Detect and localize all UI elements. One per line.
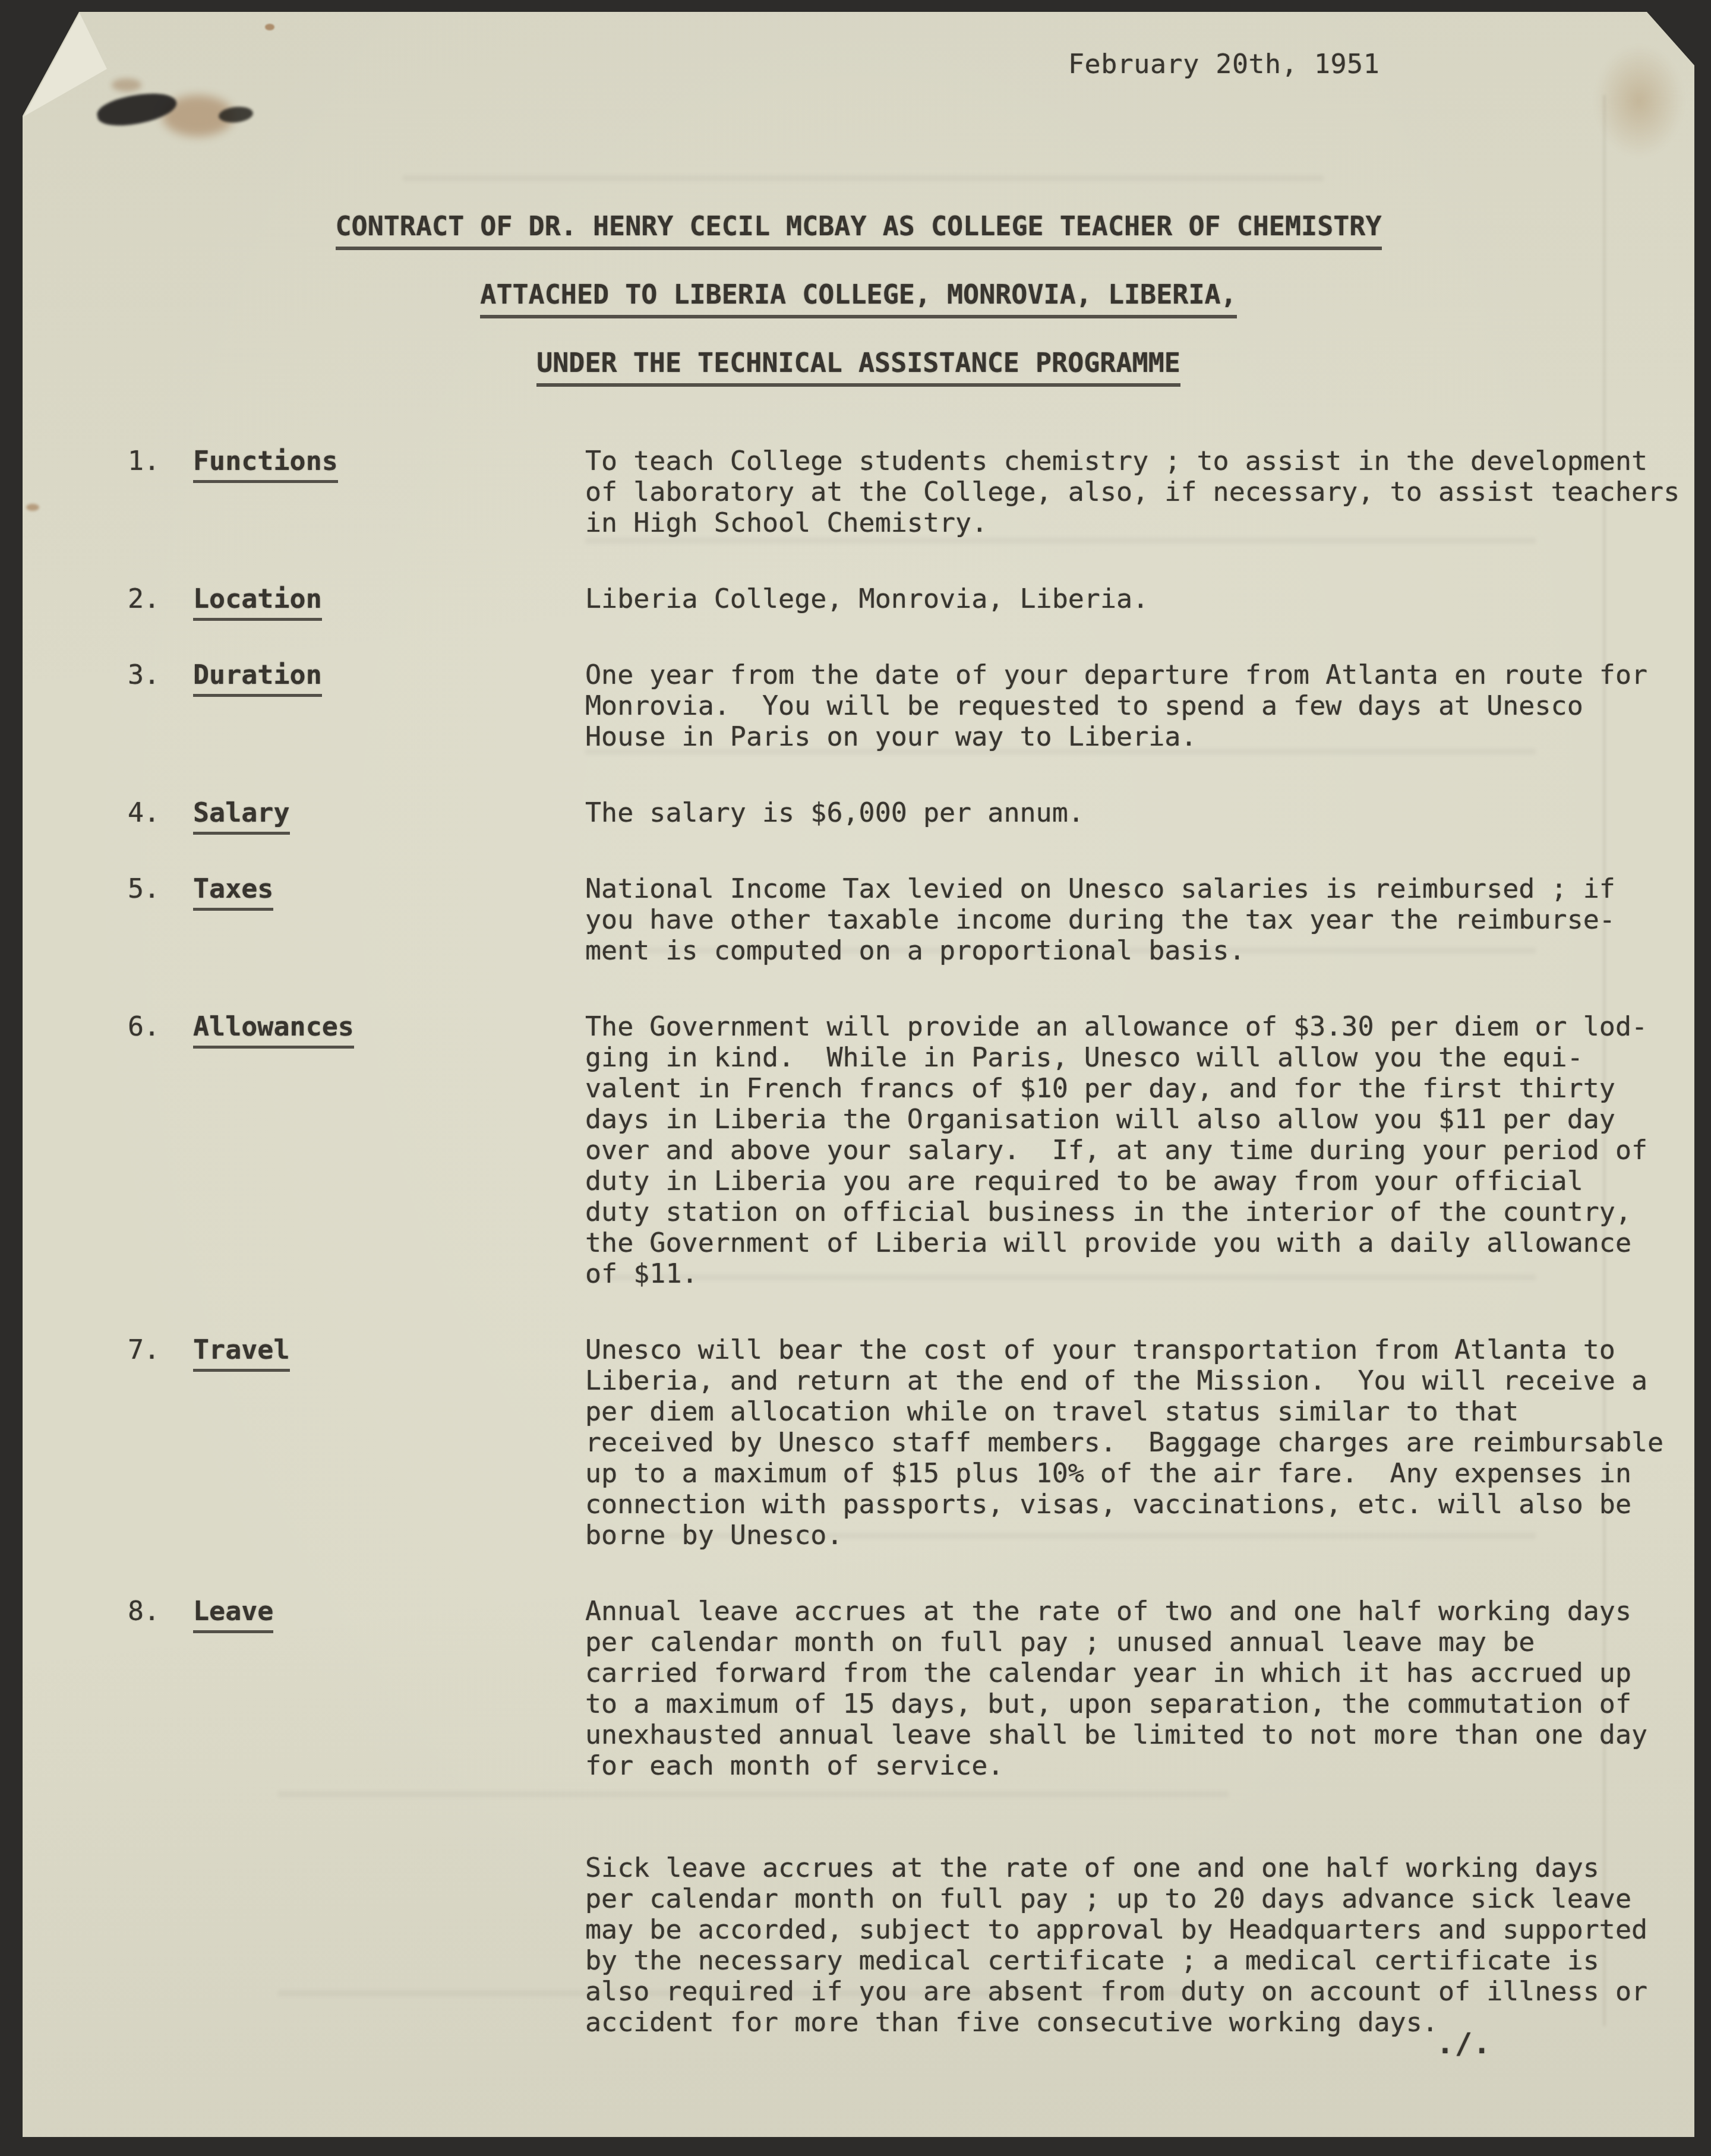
contract-item: 1. Functions To teach College students c… [23,446,1694,538]
item-label: Salary [193,797,585,828]
item-label: Allowances [193,1011,585,1289]
item-number: 7. [128,1334,193,1551]
item-paragraph: Liberia College, Monrovia, Liberia. [585,583,1688,614]
item-number: 3. [128,659,193,752]
item-label-text: Leave [193,1595,273,1633]
item-number: 5. [128,873,193,966]
item-body: Annual leave accrues at the rate of two … [585,1596,1688,2038]
contract-item: 8. Leave Annual leave accrues at the rat… [23,1596,1694,2038]
item-label: Location [193,583,585,614]
item-paragraph: Unesco will bear the cost of your transp… [585,1334,1688,1551]
item-label-text: Location [193,583,322,621]
title-line-2: ATTACHED TO LIBERIA COLLEGE, MONROVIA, L… [23,279,1694,310]
item-body: Unesco will bear the cost of your transp… [585,1334,1688,1551]
title-line-1: CONTRACT OF DR. HENRY CECIL MCBAY AS COL… [23,211,1694,242]
document-title: CONTRACT OF DR. HENRY CECIL MCBAY AS COL… [23,12,1694,378]
contract-item: 7. Travel Unesco will bear the cost of y… [23,1334,1694,1551]
item-body: Liberia College, Monrovia, Liberia. [585,583,1688,614]
contract-item: 3. Duration One year from the date of yo… [23,659,1694,752]
item-paragraph: National Income Tax levied on Unesco sal… [585,873,1688,966]
item-label: Travel [193,1334,585,1551]
item-body: National Income Tax levied on Unesco sal… [585,873,1688,966]
item-label-text: Taxes [193,873,273,911]
item-number: 1. [128,446,193,538]
item-paragraph: Annual leave accrues at the rate of two … [585,1596,1688,1781]
item-number: 2. [128,583,193,614]
contract-item: 5. Taxes National Income Tax levied on U… [23,873,1694,966]
item-label: Leave [193,1596,585,2038]
item-number: 8. [128,1596,193,2038]
item-number: 4. [128,797,193,828]
item-body: The salary is $6,000 per annum. [585,797,1688,828]
item-body: One year from the date of your departure… [585,659,1688,752]
contract-item: 2. Location Liberia College, Monrovia, L… [23,583,1694,614]
contract-item: 4. Salary The salary is $6,000 per annum… [23,797,1694,828]
item-label-text: Functions [193,445,338,483]
continuation-mark: ./. [1437,2027,1492,2060]
item-number: 6. [128,1011,193,1289]
item-body: To teach College students chemistry ; to… [585,446,1688,538]
item-label: Duration [193,659,585,752]
item-label-text: Travel [193,1334,290,1372]
title-line-3: UNDER THE TECHNICAL ASSISTANCE PROGRAMME [23,348,1694,378]
document-page: February 20th, 1951 CONTRACT OF DR. HENR… [23,12,1694,2137]
contract-item: 6. Allowances The Government will provid… [23,1011,1694,1289]
scan-background: February 20th, 1951 CONTRACT OF DR. HENR… [0,0,1711,2156]
item-paragraph: The Government will provide an allowance… [585,1011,1688,1289]
item-label: Taxes [193,873,585,966]
contract-items: 1. Functions To teach College students c… [23,446,1694,2038]
item-label-text: Duration [193,659,322,697]
item-paragraph: The salary is $6,000 per annum. [585,797,1688,828]
document-date: February 20th, 1951 [1068,49,1379,80]
item-label-text: Salary [193,797,290,835]
item-label-text: Allowances [193,1011,354,1049]
item-paragraph: One year from the date of your departure… [585,659,1688,752]
item-paragraph: To teach College students chemistry ; to… [585,446,1688,538]
item-body: The Government will provide an allowance… [585,1011,1688,1289]
item-paragraph: Sick leave accrues at the rate of one an… [585,1852,1688,2038]
item-label: Functions [193,446,585,538]
